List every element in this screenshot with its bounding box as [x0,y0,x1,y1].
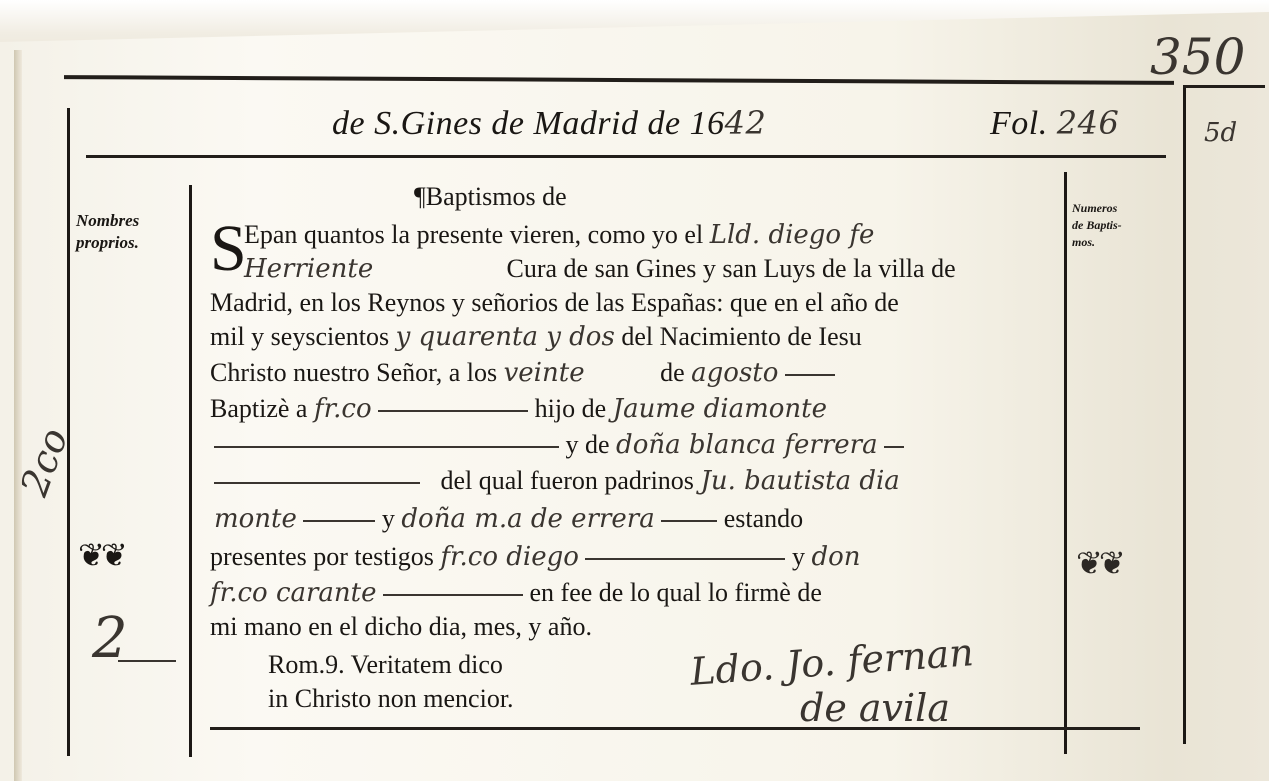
fill-line [214,446,559,448]
right-margin-label: Numeros de Baptis- mos. [1072,200,1122,251]
line9-print-a: y [382,504,395,533]
header-title-text: de S.Gines de Madrid de 16 [332,105,725,142]
left-ornament-icon: ❦❦ [78,536,124,574]
line5-print-a: Christo nuestro Señor, a los [210,358,497,387]
line8-print: del qual fueron padrinos [441,466,694,495]
body-line-2: Herriente Cura de san Gines y san Luys d… [244,256,956,282]
header-year-handwritten: 42 [725,104,767,142]
body-line-3: Madrid, en los Reynos y señorios de las … [210,290,899,316]
line4-print-a: mil y seyscientos [210,322,389,351]
line9-handwritten-godmother: doña m.a de errera [401,504,654,534]
left-margin-label-line2: proprios. [76,232,139,254]
header-title: de S.Gines de Madrid de 1642 [332,104,766,143]
body-line-7: y de doña blanca ferrera [214,432,904,458]
line10-print-a: presentes por testigos [210,542,434,571]
line5-handwritten-month: agosto [691,358,778,388]
footer-rule [210,727,1140,730]
scripture-line-2: in Christo non mencior. [268,686,514,712]
body-line-5: Christo nuestro Señor, a los veinte de a… [210,360,835,386]
line11-print: en fee de lo qual lo firmè de [530,578,822,607]
line6-handwritten-father: Jaume diamonte [613,394,827,424]
page-left-edge [14,50,22,781]
right-ornament-icon: ❦❦ [1076,544,1122,582]
entry-number-stroke [118,660,176,662]
line10-print-b: y [792,542,805,571]
folio-label: Fol. [990,105,1048,142]
left-inner-rule [189,185,192,757]
right-outer-rule [1183,88,1186,744]
line1-print: Epan quantos la presente vieren, como yo… [244,220,703,249]
line10-handwritten-witness: fr.co diego [440,542,579,572]
line6-handwritten-child: fr.co [314,394,372,424]
line11-handwritten-witness: fr.co carante [210,578,377,608]
folio: Fol. 246 [990,104,1119,143]
line2-handwritten: Herriente [244,256,500,282]
line4-handwritten-year: y quarenta y dos [396,322,615,352]
folio-number: 246 [1057,104,1120,142]
line6-print-b: hijo de [535,394,607,423]
line5-handwritten-day: veinte [504,360,654,386]
header-bottom-rule [86,155,1166,158]
fill-line [585,558,785,560]
fill-line [884,446,904,448]
body-line-11: fr.co carante en fee de lo qual lo firmè… [210,580,822,606]
left-margin-label: Nombres proprios. [76,210,139,254]
fill-line [383,594,523,596]
body-line-4: mil y seyscientos y quarenta y dos del N… [210,324,862,350]
body-line-6: Baptizè a fr.co hijo de Jaume diamonte [210,396,827,422]
left-margin-label-line1: Nombres [76,210,139,232]
line4-print-b: del Nacimiento de Iesu [621,322,861,351]
line2-print: Cura de san Gines y san Luys de la villa… [507,254,956,283]
line8-handwritten-godfather: Ju. bautista dia [700,466,899,496]
line5-print-b: de [660,358,685,387]
body-line-9: monte y doña m.a de errera estando [214,506,803,532]
fill-line [214,482,420,484]
fill-line [661,520,717,522]
right-inner-rule [1064,172,1067,754]
fill-line [303,520,375,522]
right-margin-label-line3: mos. [1072,234,1122,251]
scripture-line-1: Rom.9. Veritatem dico [268,652,503,678]
right-margin-label-line2: de Baptis- [1072,217,1122,234]
section-heading: ¶Baptismos de [414,184,567,210]
line9-print-b: estando [724,504,803,533]
body-line-1: Epan quantos la presente vieren, como yo… [244,222,874,248]
drop-cap: S [210,216,247,282]
line9-handwritten-a: monte [214,504,297,534]
line7-handwritten-mother: doña blanca ferrera [616,430,878,460]
signature-line-2: de avila [800,686,950,730]
line1-handwritten-name: Lld. diego fe [710,220,875,250]
line6-print-a: Baptizè a [210,394,307,423]
line7-print: y de [566,430,610,459]
fill-line [378,410,528,412]
body-line-12: mi mano en el dicho dia, mes, y año. [210,614,592,640]
fill-line [785,374,835,376]
corner-number: 350 [1150,28,1245,86]
corner-subnumber: 5d [1204,118,1237,148]
line10-handwritten-b: don [811,542,860,572]
left-outer-rule [67,108,70,756]
body-line-10: presentes por testigos fr.co diego y don [210,544,860,570]
body-line-8: del qual fueron padrinos Ju. bautista di… [214,468,900,494]
right-margin-label-line1: Numeros [1072,200,1122,217]
